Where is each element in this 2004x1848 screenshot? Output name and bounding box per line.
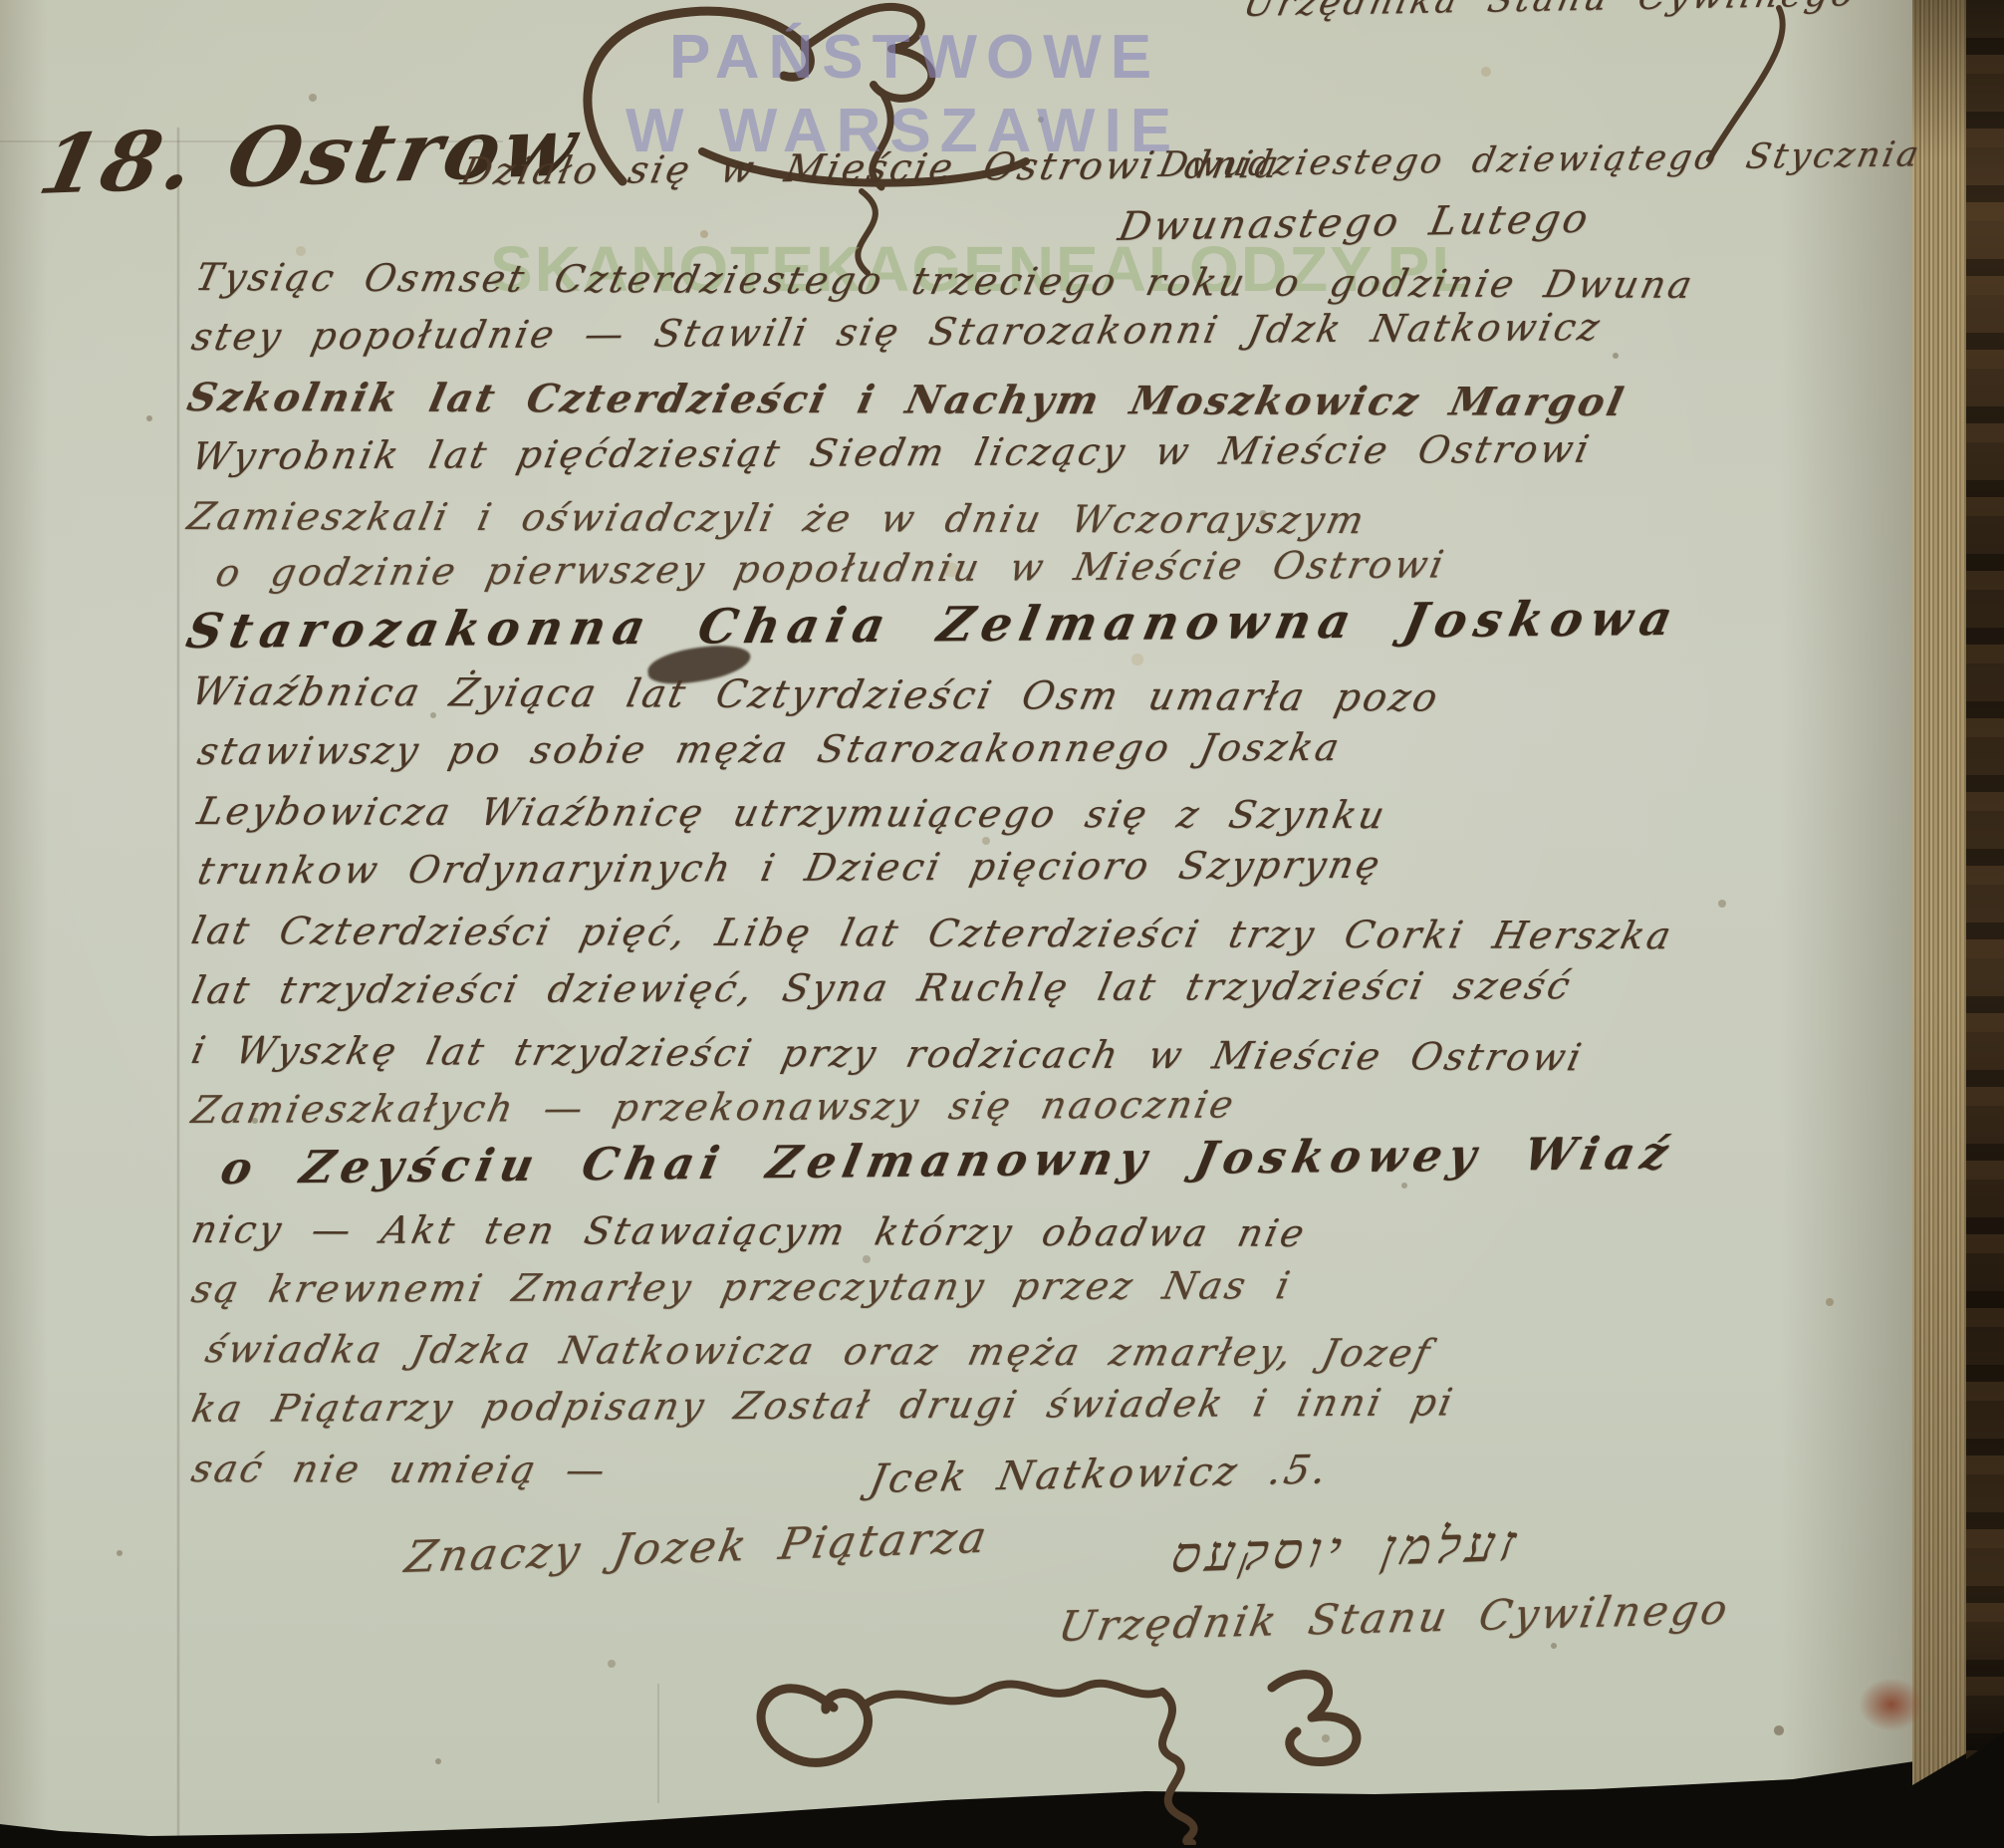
handwriting-line: ka Piątarzy podpisany Został drugi świad… — [188, 1380, 1459, 1431]
handwriting-line: Wiaźbnica Żyiąca lat Cztyrdzieści Osm um… — [187, 669, 1444, 721]
handwriting-line: sać nie umieią — — [187, 1447, 612, 1491]
handwriting-line: Zamieszkali i oświadczyli że w dniu Wczo… — [183, 494, 1371, 542]
handwriting-line: Tysiąc Osmset Czterdziestego trzeciego r… — [191, 255, 1698, 307]
handwriting-layer: Urzędnika Stanu CywilnegoDziało się w Mi… — [0, 0, 1914, 1848]
handwriting-line: nicy — Akt ten Stawaiącym którzy obadwa … — [187, 1207, 1311, 1255]
handwriting-line: Zamieszkałych — przekonawszy się naoczni… — [188, 1083, 1240, 1132]
handwriting-line: Urzędnika Stanu Cywilnego — [1240, 0, 1861, 25]
handwriting-line: stawiwszy po sobie męża Starozakonnego J… — [194, 725, 1346, 773]
handwriting-line: Starozakonna Chaia Zelmanowna Joskowa — [182, 591, 1685, 660]
handwriting-line: Urzędnik Stanu Cywilnego — [1055, 1584, 1734, 1651]
handwriting-line: są krewnemi Zmarłey przeczytany przez Na… — [188, 1263, 1297, 1311]
signature-flourish-bottom — [712, 1646, 1389, 1845]
handwriting-line: lat trzydzieści dziewięć, Syna Ruchlę la… — [188, 963, 1577, 1012]
handwriting-line: Wyrobnik lat pięćdziesiąt Siedm liczący … — [188, 427, 1596, 478]
handwriting-line: i Wyszkę lat trzydzieści przy rodzicach … — [187, 1028, 1588, 1079]
handwriting-line: lat Czterdzieści pięć, Libę lat Czterdzi… — [187, 909, 1677, 957]
handwriting-line: Leybowicza Wiaźbnicę utrzymuiącego się z… — [193, 789, 1390, 837]
book-page-edges — [1912, 0, 1966, 1785]
handwriting-line: Jcek Natkowicz .5. — [866, 1447, 1333, 1502]
handwriting-line: trunkow Ordynaryinych i Dzieci pięcioro … — [194, 843, 1386, 893]
handwriting-line: stey popołudnie — Stawili się Starozakon… — [188, 305, 1606, 359]
handwriting-line: świadka Jdzka Natkowicza oraz męża zmarł… — [201, 1327, 1436, 1375]
handwriting-line: Dwunastego Lutego — [1115, 196, 1595, 250]
handwriting-line: o godzinie pierwszey popołudniu w Mieści… — [212, 542, 1450, 595]
handwriting-line: Szkolnik lat Czterdzieści i Nachym Moszk… — [183, 375, 1629, 425]
handwriting-line: Znaczy Jozek Piątarza — [401, 1512, 993, 1583]
book-binding-edge — [1966, 0, 2004, 1768]
document-photo: PAŃSTWOWE W WARSZAWIE SKANOTEKAGENEALODZ… — [0, 0, 2004, 1848]
handwriting-line: זעלמן יוסקעס — [1167, 1514, 1526, 1584]
handwriting-line: o Zeyściu Chai Zelmanowny Joskowey Wiaź — [216, 1127, 1679, 1194]
